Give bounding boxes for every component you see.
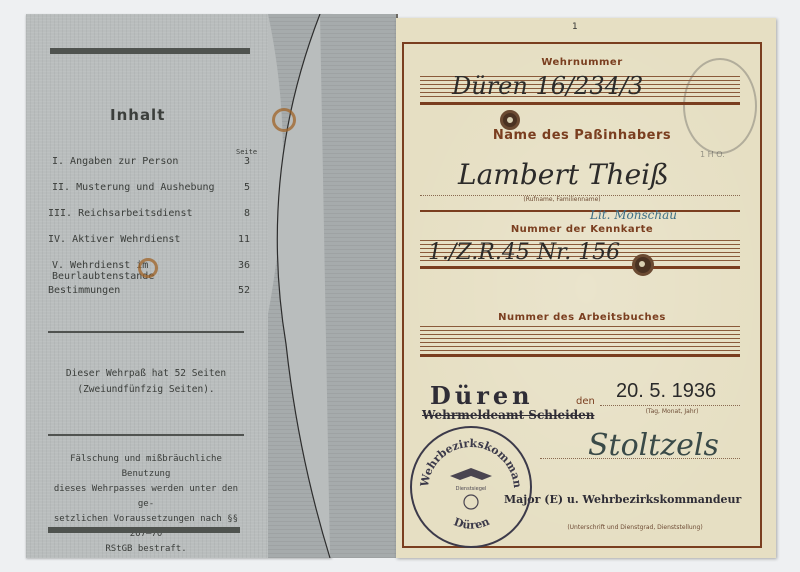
svg-text:Düren: Düren — [452, 515, 491, 532]
svg-text:Dienstsiegel: Dienstsiegel — [456, 486, 487, 492]
toc-item: Bestimmungen52 — [48, 285, 250, 296]
toc-item: II. Musterung und Aushebung5 — [52, 182, 250, 193]
arbeitsbuch-label: Nummer des Arbeitsbuches — [402, 312, 762, 323]
page-column-header: Seite — [236, 148, 257, 156]
wehrnummer-value: Düren 16/234/3 — [452, 72, 643, 100]
postmark-text: 1 H O. — [700, 150, 725, 159]
toc-item: III. Reichsarbeitsdienst8 — [48, 208, 250, 219]
wehrnummer-label: Wehrnummer — [402, 57, 762, 68]
den-label: den — [576, 396, 595, 407]
name-value: Lambert Theiß — [458, 158, 669, 191]
grommet — [632, 254, 654, 276]
divider — [48, 434, 244, 436]
rule — [420, 102, 740, 105]
toc-item: IV. Aktiver Wehrdienst11 — [48, 234, 250, 245]
kennkarte-label: Nummer der Kennkarte — [402, 224, 762, 235]
dotted-line — [600, 405, 740, 406]
forgery-warning: Fälschung und mißbräuchliche Benutzung d… — [44, 452, 248, 557]
toc-title: Inhalt — [110, 106, 165, 124]
toc-item: I. Angaben zur Person3 — [52, 156, 250, 167]
official-seal-stamp: Wehrbezirkskommando Düren Dienstsiegel — [410, 426, 532, 548]
rank-title: Major (E) u. Wehrbezirkskommandeur — [504, 493, 741, 506]
rule — [420, 266, 740, 269]
kennkarte-value: 1./Z.R.45 Nr. 156 — [428, 240, 620, 265]
grommet — [500, 110, 520, 130]
kennkarte-annotation: Lit. Monschau — [590, 208, 677, 222]
rust-stain — [272, 108, 296, 132]
arbeitsbuch-lines — [420, 326, 740, 352]
divider — [48, 331, 244, 333]
pocket-curve — [268, 14, 396, 558]
svg-text:Wehrbezirkskommando: Wehrbezirkskommando — [412, 428, 524, 489]
signature-caption: (Unterschrift und Dienstgrad, Dienststel… — [560, 524, 710, 531]
date-caption: (Tag, Monat, Jahr) — [622, 408, 722, 415]
name-label: Name des Paßinhabers — [402, 128, 762, 143]
rust-stain — [138, 258, 158, 278]
bottom-rule — [48, 527, 240, 533]
dotted-line — [540, 458, 740, 459]
pages-note: Dieser Wehrpaß hat 52 Seiten (Zweiundfün… — [48, 366, 244, 398]
page-number: 1 — [572, 22, 578, 32]
top-rule — [50, 48, 250, 54]
office-crossed: Wehrmeldeamt Schleiden — [422, 408, 595, 422]
name-caption: (Rufname, Familienname) — [402, 196, 722, 203]
date-value: 20. 5. 1936 — [616, 380, 716, 403]
seal-emblem-icon: Wehrbezirkskommando Düren Dienstsiegel — [412, 428, 530, 546]
place-stamp: Düren — [430, 381, 534, 410]
rule — [420, 354, 740, 357]
rule — [420, 210, 740, 212]
